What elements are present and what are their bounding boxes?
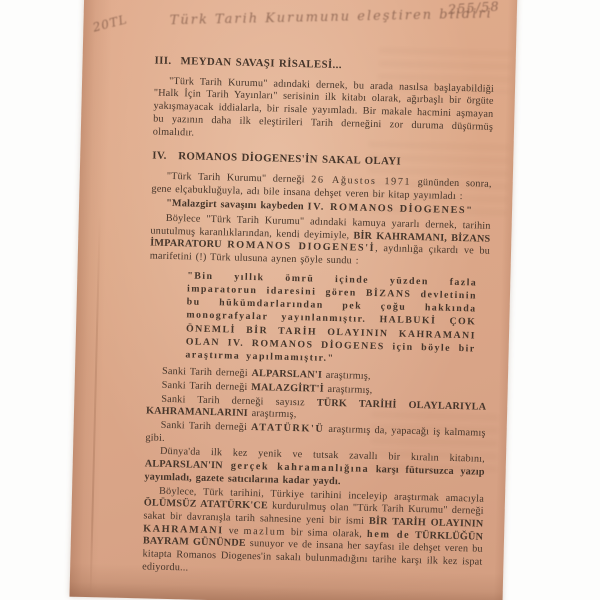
page-text-block: III.MEYDAN SAVAŞI RİSALESİ... "Türk Tari… — [142, 55, 495, 584]
text-segment: bir sima olarak, — [286, 527, 367, 540]
text-segment: ve — [224, 525, 244, 536]
text-segment: Sanki Tarih derneği — [162, 366, 252, 379]
text-segment: ALPARSLAN'IN — [145, 459, 223, 472]
text-segment: ATATÜRK'Ü — [251, 422, 325, 435]
paper-crease — [89, 213, 100, 597]
text-segment: ÖLÜMSÜZ ATATÜRK'CE — [144, 498, 268, 512]
scanned-document-image: 20TL Türk Tarih Kurumunu eleştiren bildi… — [0, 0, 600, 600]
text-segment: karşı — [369, 464, 406, 476]
text-segment: "Türk Tarih Kurumu" adındaki dernek, bu … — [153, 76, 494, 138]
text-segment: hem de — [367, 529, 410, 541]
handwritten-price-annotation: 20TL — [91, 12, 129, 34]
block-quote: "Bin yıllık ömrü içinde yüzden fazla imp… — [185, 269, 477, 368]
section-heading-sakal-olayi: IV.ROMANOS DİOGENES'İN SAKAL OLAYI — [152, 150, 492, 171]
text-segment: Sanki Tarih derneği — [162, 380, 252, 393]
text-segment: ALPARSLAN'I — [251, 368, 322, 381]
text-segment: mazlum — [243, 526, 286, 538]
section-number: IV. — [152, 150, 178, 163]
paragraph: Böylece, Türk tarihini, Türkiye tarihini… — [142, 485, 484, 582]
text-segment: araştırmış, — [248, 408, 297, 420]
section-title: ROMANOS DİOGENES'İN SAKAL OLAYI — [178, 150, 401, 167]
text-segment: IV. ROMANOS DİOGENES" — [307, 202, 473, 217]
section-heading-meydan-savasi: III.MEYDAN SAVAŞI RİSALESİ... — [154, 55, 494, 76]
text-segment: araştırmış, — [322, 370, 371, 382]
document-page: 20TL Türk Tarih Kurumunu eleştiren bildi… — [69, 0, 517, 600]
paragraph: "Türk Tarih Kurumu" adındaki dernek, bu … — [153, 75, 494, 147]
text-segment: KAHRAMANI — [143, 523, 224, 536]
text-segment: araştırmış, — [324, 384, 373, 396]
paragraph: Böylece "Türk Tarih Kurumu" adındaki kam… — [150, 213, 491, 272]
handwritten-note-annotation: Türk Tarih Kurumunu eleştiren bildiri — [170, 6, 493, 28]
text-segment: BİR TARİH OLAYININ — [369, 516, 484, 530]
text-segment: "Malazgirt savaşını kaybeden — [166, 198, 308, 212]
section-title: MEYDAN SAVAŞI RİSALESİ... — [180, 55, 342, 71]
text-segment: "Bin yıllık ömrü içinde yüzden fazla imp… — [185, 270, 477, 364]
text-segment: 26 Ağustos 1971 — [311, 174, 411, 187]
text-segment: Sanki Tarih derneği — [161, 420, 252, 433]
section-number: III. — [154, 55, 180, 68]
text-segment: MALAZGİRT'İ — [251, 382, 324, 395]
